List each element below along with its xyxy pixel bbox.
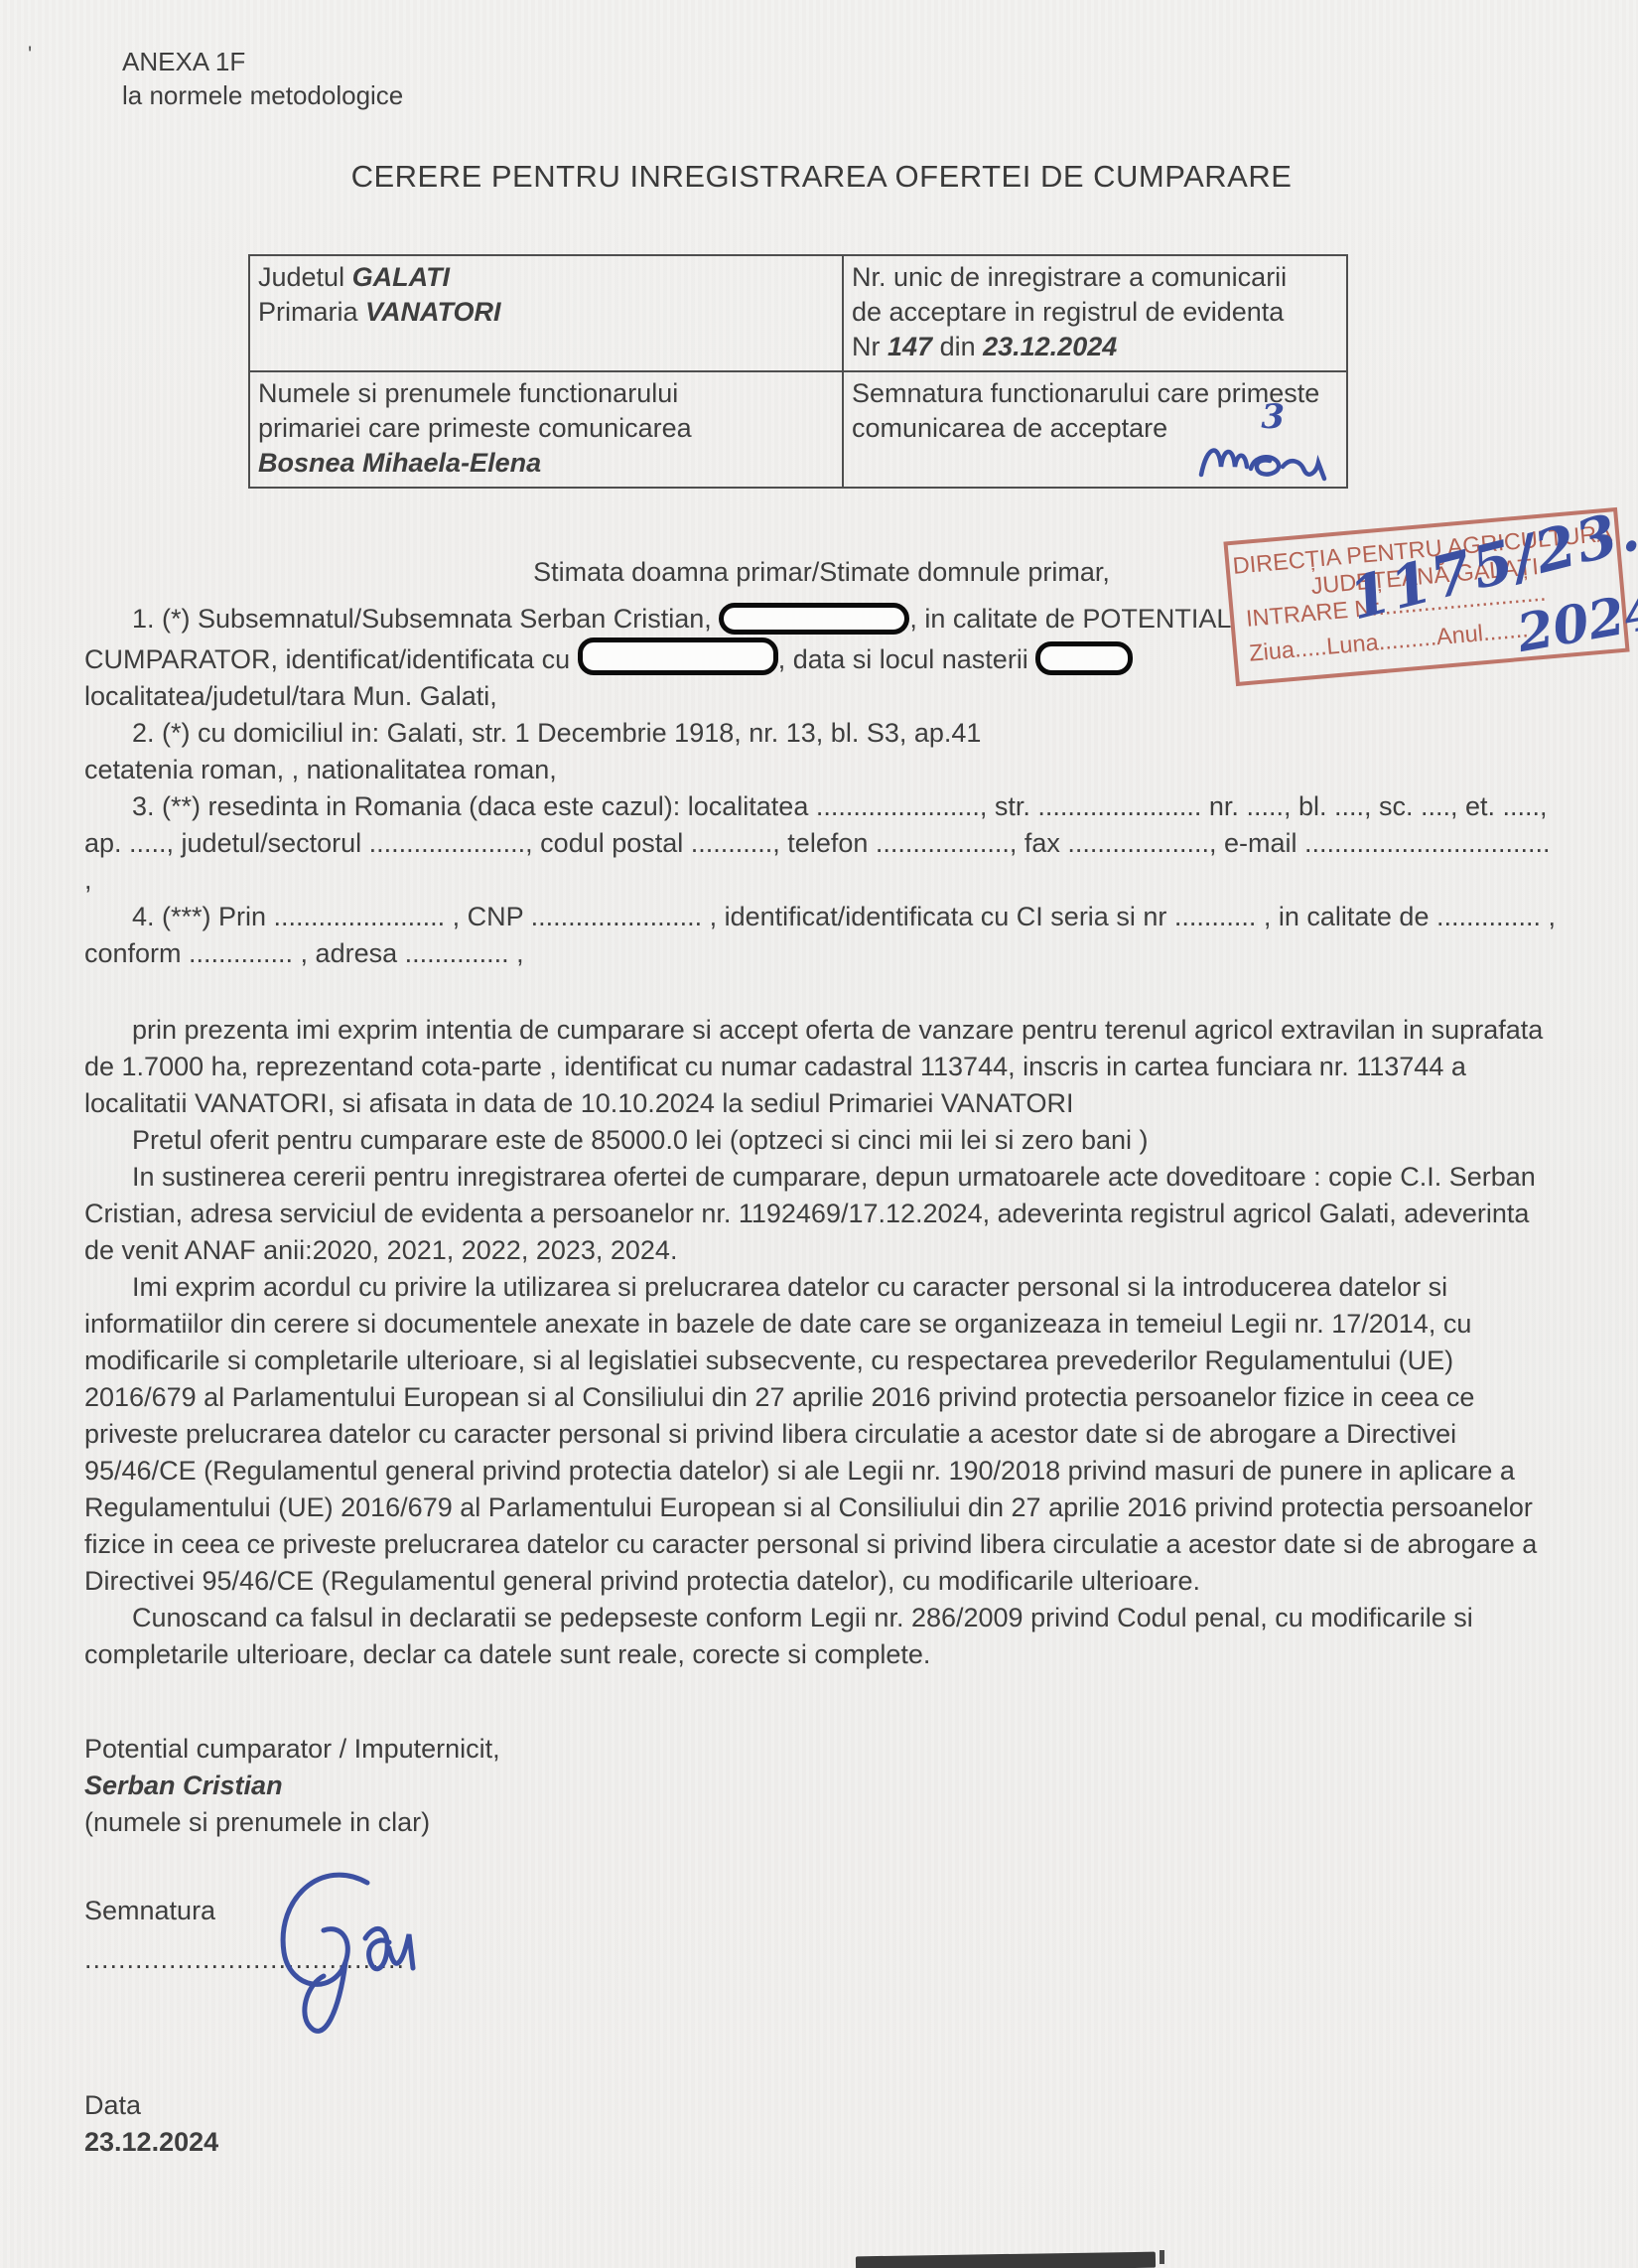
table-row: Judetul GALATI Primaria VANATORI Nr. uni… (249, 255, 1347, 371)
p1-text-run: 1. (*) Subsemnatul/Subsemnata Serban Cri… (132, 604, 719, 634)
paragraph-2-line2: cetatenia roman, , nationalitatea roman, (84, 752, 1559, 788)
paragraph-declaration: Cunoscand ca falsul in declaratii se ped… (84, 1600, 1559, 1673)
paragraph-offer: prin prezenta imi exprim intentia de cum… (84, 1012, 1559, 1122)
p1-text-run: CUMPARATOR, identificat/identificata cu (84, 644, 578, 674)
commune-value: VANATORI (365, 297, 501, 327)
paragraph-price: Pretul oferit pentru cumparare este de 8… (84, 1122, 1559, 1159)
buyer-name-note: (numele si prenumele in clar) (84, 1804, 1559, 1841)
redaction-box (578, 638, 778, 675)
commune-label: Primaria (258, 297, 365, 327)
p1-text-run: , in calitate de POTENTIAL (909, 604, 1231, 634)
date-value: 23.12.2024 (84, 2124, 1559, 2161)
buyer-signature-icon (248, 1865, 477, 2063)
paragraph-4: 4. (***) Prin ....................... , … (84, 899, 1559, 972)
official-name-line1: Numele si prenumele functionarului (258, 376, 834, 411)
official-name-line2: primariei care primeste comunicarea (258, 411, 834, 446)
buyer-role-line: Potential cumparator / Imputernicit, (84, 1731, 1559, 1768)
table-row: Numele si prenumele functionarului prima… (249, 371, 1347, 488)
reg-nr-prefix: Nr (852, 332, 887, 361)
date-block: Data 23.12.2024 (84, 2087, 1559, 2161)
reg-nr-mid: din (932, 332, 983, 361)
date-label: Data (84, 2087, 1559, 2124)
paragraph-2-line1: 2. (*) cu domiciliul in: Galati, str. 1 … (84, 715, 1559, 752)
annex-line2: la normele metodologice (122, 78, 1559, 112)
paragraph-3: 3. (**) resedinta in Romania (daca este … (84, 788, 1559, 899)
cell-official-name: Numele si prenumele functionarului prima… (249, 371, 843, 488)
county-value: GALATI (352, 262, 450, 292)
reg-number-line2: de acceptare in registrul de evidenta (852, 295, 1338, 330)
reg-nr-date: 23.12.2024 (983, 332, 1117, 361)
reg-number-line1: Nr. unic de inregistrare a comunicarii (852, 260, 1338, 295)
cell-county-commune: Judetul GALATI Primaria VANATORI (249, 255, 843, 371)
signature-block: Potential cumparator / Imputernicit, Ser… (84, 1731, 1559, 2161)
official-name-value: Bosnea Mihaela-Elena (258, 446, 834, 481)
document-title: CERERE PENTRU INREGISTRAREA OFERTEI DE C… (84, 158, 1559, 195)
redaction-box (1035, 641, 1133, 675)
annex-line1: ANEXA 1F (122, 45, 1559, 78)
registration-table: Judetul GALATI Primaria VANATORI Nr. uni… (248, 254, 1348, 489)
redaction-box (719, 603, 909, 635)
stamp-handwritten-year: 2024 (1515, 592, 1638, 653)
buyer-name: Serban Cristian (84, 1768, 1559, 1804)
p1-text-run: , data si locul nasterii (778, 644, 1036, 674)
paragraph-documents: In sustinerea cererii pentru inregistrar… (84, 1159, 1559, 1269)
paragraph-1-line3: localitatea/judetul/tara Mun. Galati, (84, 678, 1559, 715)
cell-official-signature: Semnatura functionarului care primeste c… (843, 371, 1347, 488)
scan-edge-artifact (856, 2252, 1156, 2268)
paragraph-gdpr: Imi exprim acordul cu privire la utiliza… (84, 1269, 1559, 1600)
document-content: ANEXA 1F la normele metodologice CERERE … (0, 0, 1638, 2161)
official-signature-icon (1191, 415, 1340, 500)
county-label: Judetul (258, 262, 352, 292)
reg-nr-value: 147 (887, 332, 932, 361)
buyer-signature-area: Semnatura ..............................… (84, 1893, 1559, 2081)
annex-header: ANEXA 1F la normele metodologice (122, 45, 1559, 112)
scan-edge-tick (1160, 2250, 1164, 2264)
cell-registration-number: Nr. unic de inregistrare a comunicarii d… (843, 255, 1347, 371)
scanned-document-page: ' ANEXA 1F la normele metodologice CERER… (0, 0, 1638, 2268)
